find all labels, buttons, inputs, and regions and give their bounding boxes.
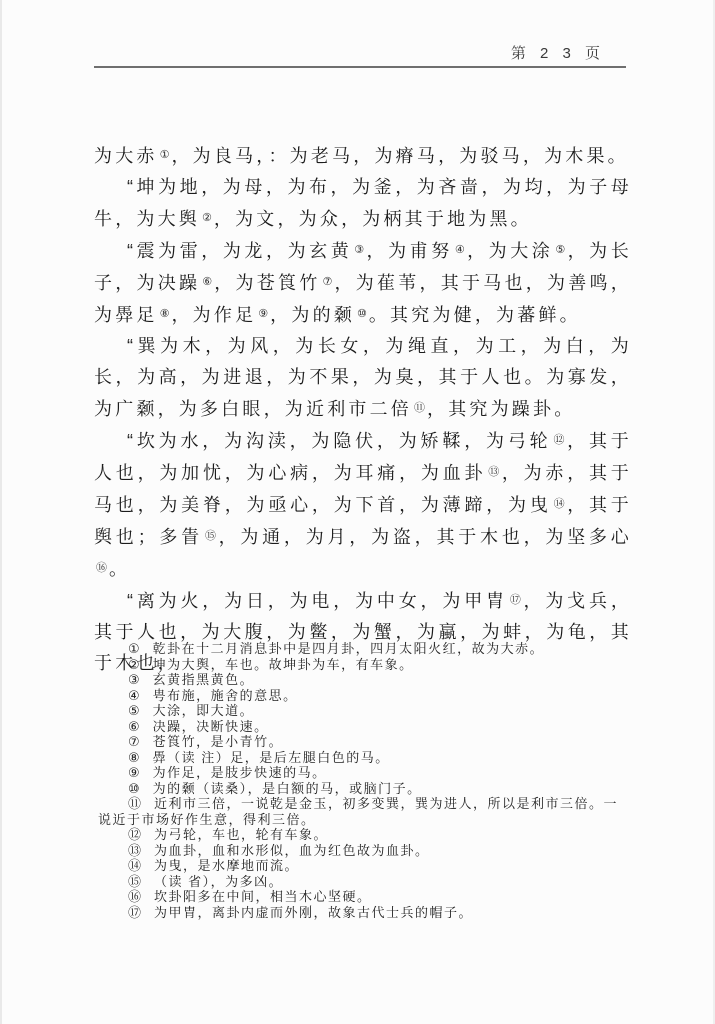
- footnote-marker: ①: [128, 641, 140, 656]
- footnote-marker: ③: [128, 672, 140, 687]
- footnote-text: 坤为大舆，车也。故坤卦为车，有车象。: [153, 657, 414, 672]
- footnote-item: ⑪近利市三倍，一说乾是金玉，初多变巽，巽为进人，所以是利市三倍。一说近于市场好作…: [98, 796, 628, 827]
- footnote-ref: ⑬: [488, 466, 500, 478]
- footnote-marker: ⑭: [128, 858, 141, 873]
- footnote-ref: ④: [455, 244, 465, 256]
- footnote-ref: ⑫: [554, 434, 566, 446]
- paragraph-kun: “坤为地，为母，为布，为釜，为吝啬，为均，为子母牛，为大舆②，为文，为众，为柄其…: [94, 172, 632, 235]
- footnote-item: ①乾卦在十二月消息卦中是四月卦，四月太阳火红，故为大赤。: [98, 641, 628, 657]
- footnote-marker: ⑤: [128, 703, 140, 718]
- footnote-item: ③玄黄指黑黄色。: [98, 672, 628, 688]
- footnote-text: 乾卦在十二月消息卦中是四月卦，四月太阳火红，故为大赤。: [153, 641, 545, 656]
- footnote-item: ⑩为的颡（读桑），是白额的马，或脑门子。: [98, 781, 628, 797]
- footnote-text: 大涂，即大道。: [153, 703, 255, 718]
- scanned-page: 第 2 3 页 为大赤①，为良马，：为老马，为瘠马，为驳马，为木果。 “坤为地，…: [0, 0, 715, 1024]
- footnote-ref: ③: [354, 244, 364, 256]
- footnote-text: 为曳，是水摩地而流。: [154, 858, 299, 873]
- footnote-text: 玄黄指黑黄色。: [153, 672, 255, 687]
- footnote-marker: ⑩: [128, 781, 140, 796]
- footnote-marker: ⑧: [128, 750, 140, 765]
- footnote-item: ②坤为大舆，车也。故坤卦为车，有车象。: [98, 657, 628, 673]
- header-divider: [94, 66, 626, 68]
- footnote-marker: ⑦: [128, 734, 140, 749]
- footnote-ref: ⑦: [323, 276, 333, 288]
- footnote-text: 馵（读 注）足，是后左腿白色的马。: [153, 750, 390, 765]
- footnote-ref: ⑩: [357, 308, 367, 320]
- footnote-item: ⑨为作足，是肢步快速的马。: [98, 765, 628, 781]
- footnote-marker: ⑫: [128, 827, 141, 842]
- footnote-marker: ④: [128, 688, 140, 703]
- page-number-label: 第 2 3 页: [511, 42, 605, 63]
- footnote-text: 为的颡（读桑），是白额的马，或脑门子。: [153, 781, 422, 796]
- footnote-ref: ⑰: [510, 594, 522, 606]
- footnote-ref: ②: [202, 212, 212, 224]
- footnote-ref: ⑨: [258, 308, 268, 320]
- footnote-item: ⑧馵（读 注）足，是后左腿白色的马。: [98, 750, 628, 766]
- footnote-marker: ⑰: [128, 905, 141, 920]
- footnote-item: ④甹布施，施舍的意思。: [98, 688, 628, 704]
- footnote-text: 苍筤竹，是小青竹。: [153, 734, 284, 749]
- footnote-item: ⑤大涂，即大道。: [98, 703, 628, 719]
- footnote-ref: ⑪: [414, 402, 425, 414]
- footnote-item: ⑮（读 省），为多凶。: [98, 874, 628, 890]
- paragraph-kan: “坎为水，为沟渎，为隐伏，为矫鞣，为弓轮⑫，其于人也，为加忧，为心病，为耳痛，为…: [94, 425, 632, 585]
- paragraph-xun: “巽为木，为风，为长女，为绳直，为工，为白，为长，为高，为进退，为不果，为臭，其…: [94, 331, 632, 425]
- footnote-text: （读 省），为多凶。: [154, 874, 283, 889]
- footnote-marker: ⑨: [128, 765, 140, 780]
- footnotes-block: ①乾卦在十二月消息卦中是四月卦，四月太阳火红，故为大赤。 ②坤为大舆，车也。故坤…: [98, 641, 628, 920]
- footnote-item: ⑯坎卦阳多在中间，相当木心坚硬。: [98, 889, 628, 905]
- footnote-item: ⑥决躁，决断快速。: [98, 719, 628, 735]
- paragraph-zhen: “震为雷，为龙，为玄黄③，为甫努④，为大涂⑤，为长子，为决躁⑥，为苍筤竹⑦，为萑…: [94, 235, 632, 331]
- footnote-ref: ⑯: [96, 562, 107, 574]
- footnote-text: 为甲胄，离卦内虚而外刚，故象古代士兵的帽子。: [154, 905, 473, 920]
- footnote-ref: ⑮: [205, 530, 217, 542]
- footnote-text: 为弓轮，车也，轮有车象。: [154, 827, 328, 842]
- footnote-ref: ⑭: [554, 498, 566, 510]
- footnote-marker: ⑥: [128, 719, 140, 734]
- footnote-item: ⑬为血卦，血和水形似，血为红色故为血卦。: [98, 843, 628, 859]
- footnote-text: 甹布施，施舍的意思。: [153, 688, 298, 703]
- footnote-item: ⑫为弓轮，车也，轮有车象。: [98, 827, 628, 843]
- footnote-text: 为血卦，血和水形似，血为红色故为血卦。: [154, 843, 430, 858]
- footnote-ref: ⑥: [202, 276, 212, 288]
- body-text: 为大赤①，为良马，：为老马，为瘠马，为驳马，为木果。 “坤为地，为母，为布，为釜…: [94, 140, 632, 679]
- footnote-text: 决躁，决断快速。: [153, 719, 269, 734]
- footnote-item: ⑦苍筤竹，是小青竹。: [98, 734, 628, 750]
- paragraph-qian-continued: 为大赤①，为良马，：为老马，为瘠马，为驳马，为木果。: [94, 140, 632, 172]
- footnote-text: 近利市三倍，一说乾是金玉，初多变巽，巽为进人，所以是利市三倍。一说近于市场好作生…: [98, 796, 618, 827]
- footnote-marker: ⑮: [128, 874, 141, 889]
- footnote-marker: ⑯: [128, 889, 141, 904]
- footnote-ref: ①: [160, 149, 170, 161]
- footnote-marker: ⑬: [128, 843, 141, 858]
- footnote-text: 坎卦阳多在中间，相当木心坚硬。: [154, 889, 372, 904]
- footnote-ref: ⑧: [160, 308, 170, 320]
- footnote-item: ⑰为甲胄，离卦内虚而外刚，故象古代士兵的帽子。: [98, 905, 628, 921]
- footnote-marker: ⑪: [128, 796, 141, 811]
- footnote-item: ⑭为曳，是水摩地而流。: [98, 858, 628, 874]
- footnote-marker: ②: [128, 657, 140, 672]
- footnote-text: 为作足，是肢步快速的马。: [153, 765, 327, 780]
- footnote-ref: ⑤: [555, 244, 565, 256]
